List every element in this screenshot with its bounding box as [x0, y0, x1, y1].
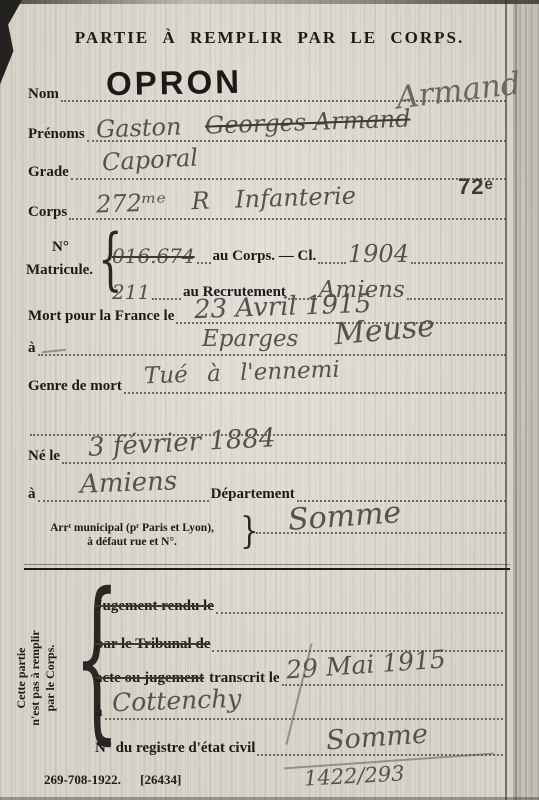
prenoms-label: Prénoms: [28, 127, 85, 142]
dotted-leader: [197, 258, 211, 264]
registre-number-value: 1422/293: [304, 763, 406, 789]
dotted-leader: [407, 294, 503, 300]
print-code-block: 269-708-1922. [26434]: [44, 772, 181, 788]
transcrit-lieu-label: à: [95, 705, 103, 720]
field-row-grade: Grade: [28, 158, 508, 180]
tribunal-label: par le Tribunal de: [95, 637, 210, 652]
transcrit-struck-label: acte ou jugement: [95, 671, 204, 686]
sidebar-note-line1: Cette partie: [14, 583, 28, 773]
dotted-leader: [411, 258, 503, 264]
nom-pencil-annotation: Armand: [395, 69, 523, 115]
field-row-registre: N° du registre d'état civil: [95, 734, 505, 756]
grade-label: Grade: [28, 165, 69, 180]
matricule-recruit-number: 211: [112, 282, 150, 302]
lieu-mort-departement: Meuse: [333, 312, 436, 351]
matricule-corps-number: 016.674: [112, 246, 195, 266]
nom-stamped-value: OPRON: [106, 63, 243, 103]
jugement-label: Jugement rendu le: [95, 599, 214, 614]
lieu-mort-place: Eparges: [202, 328, 298, 351]
sidebar-note: Cette partie n'est pas à remplir par le …: [14, 583, 64, 773]
page-edge-strip: [513, 0, 539, 800]
registre-departement-value: Somme: [325, 720, 429, 754]
dotted-leader: [318, 258, 346, 264]
sidebar-note-line2: n'est pas à remplir: [28, 583, 42, 773]
field-row-jugement: Jugement rendu le: [95, 592, 505, 614]
registre-label: N° du registre d'état civil: [95, 741, 255, 756]
scan-top-edge: [0, 0, 539, 4]
form-title: PARTIE À REMPLIR PAR LE CORPS.: [0, 28, 539, 48]
au-corps-label: au Corps. — Cl.: [213, 249, 317, 264]
arr-municipal-label-line2: à défaut rue et N°.: [28, 536, 236, 550]
dotted-leader: [216, 608, 503, 614]
matricule-row-corps: 016.674 au Corps. — Cl. 1904: [112, 242, 505, 264]
arr-municipal-label-block: Arrᵗ municipal (pʳ Paris et Lyon), à déf…: [28, 522, 236, 550]
print-bracket-code: [26434]: [140, 772, 181, 787]
nom-label: Nom: [28, 87, 59, 102]
dotted-leader: [71, 174, 506, 180]
mort-label: Mort pour la France le: [28, 309, 174, 324]
print-code: 269-708-1922.: [44, 772, 121, 787]
lieu-mort-label: à: [28, 341, 36, 356]
death-record-form: PARTIE À REMPLIR PAR LE CORPS. Nom OPRON…: [0, 0, 539, 800]
arr-municipal-brace: }: [240, 516, 258, 548]
corps-label: Corps: [28, 205, 67, 220]
arr-municipal-label-line1: Arrᵗ municipal (pʳ Paris et Lyon),: [28, 522, 236, 536]
binding-crease-line-2: [515, 0, 517, 800]
dotted-leader: [124, 388, 506, 394]
grade-value: Caporal: [101, 146, 198, 175]
arr-municipal-value: Somme: [287, 498, 402, 536]
classe-value: 1904: [348, 242, 409, 266]
corps-stamp-72e: 72ᵉ: [458, 174, 494, 200]
matricule-label: Matricule.: [26, 263, 93, 278]
lieu-naissance-value: Amiens: [80, 468, 178, 497]
prenoms-first: Gaston: [96, 113, 182, 144]
sidebar-note-line3: par le Corps.: [43, 583, 57, 773]
naissance-label: Né le: [28, 449, 60, 464]
lieu-naissance-label: à: [28, 487, 36, 502]
matricule-no-label: N°: [52, 240, 69, 255]
genre-mort-label: Genre de mort: [28, 379, 122, 394]
transcrit-lieu-value: Cottenchy: [112, 686, 242, 716]
departement-label: Département: [211, 487, 295, 502]
dotted-leader: [152, 294, 181, 300]
